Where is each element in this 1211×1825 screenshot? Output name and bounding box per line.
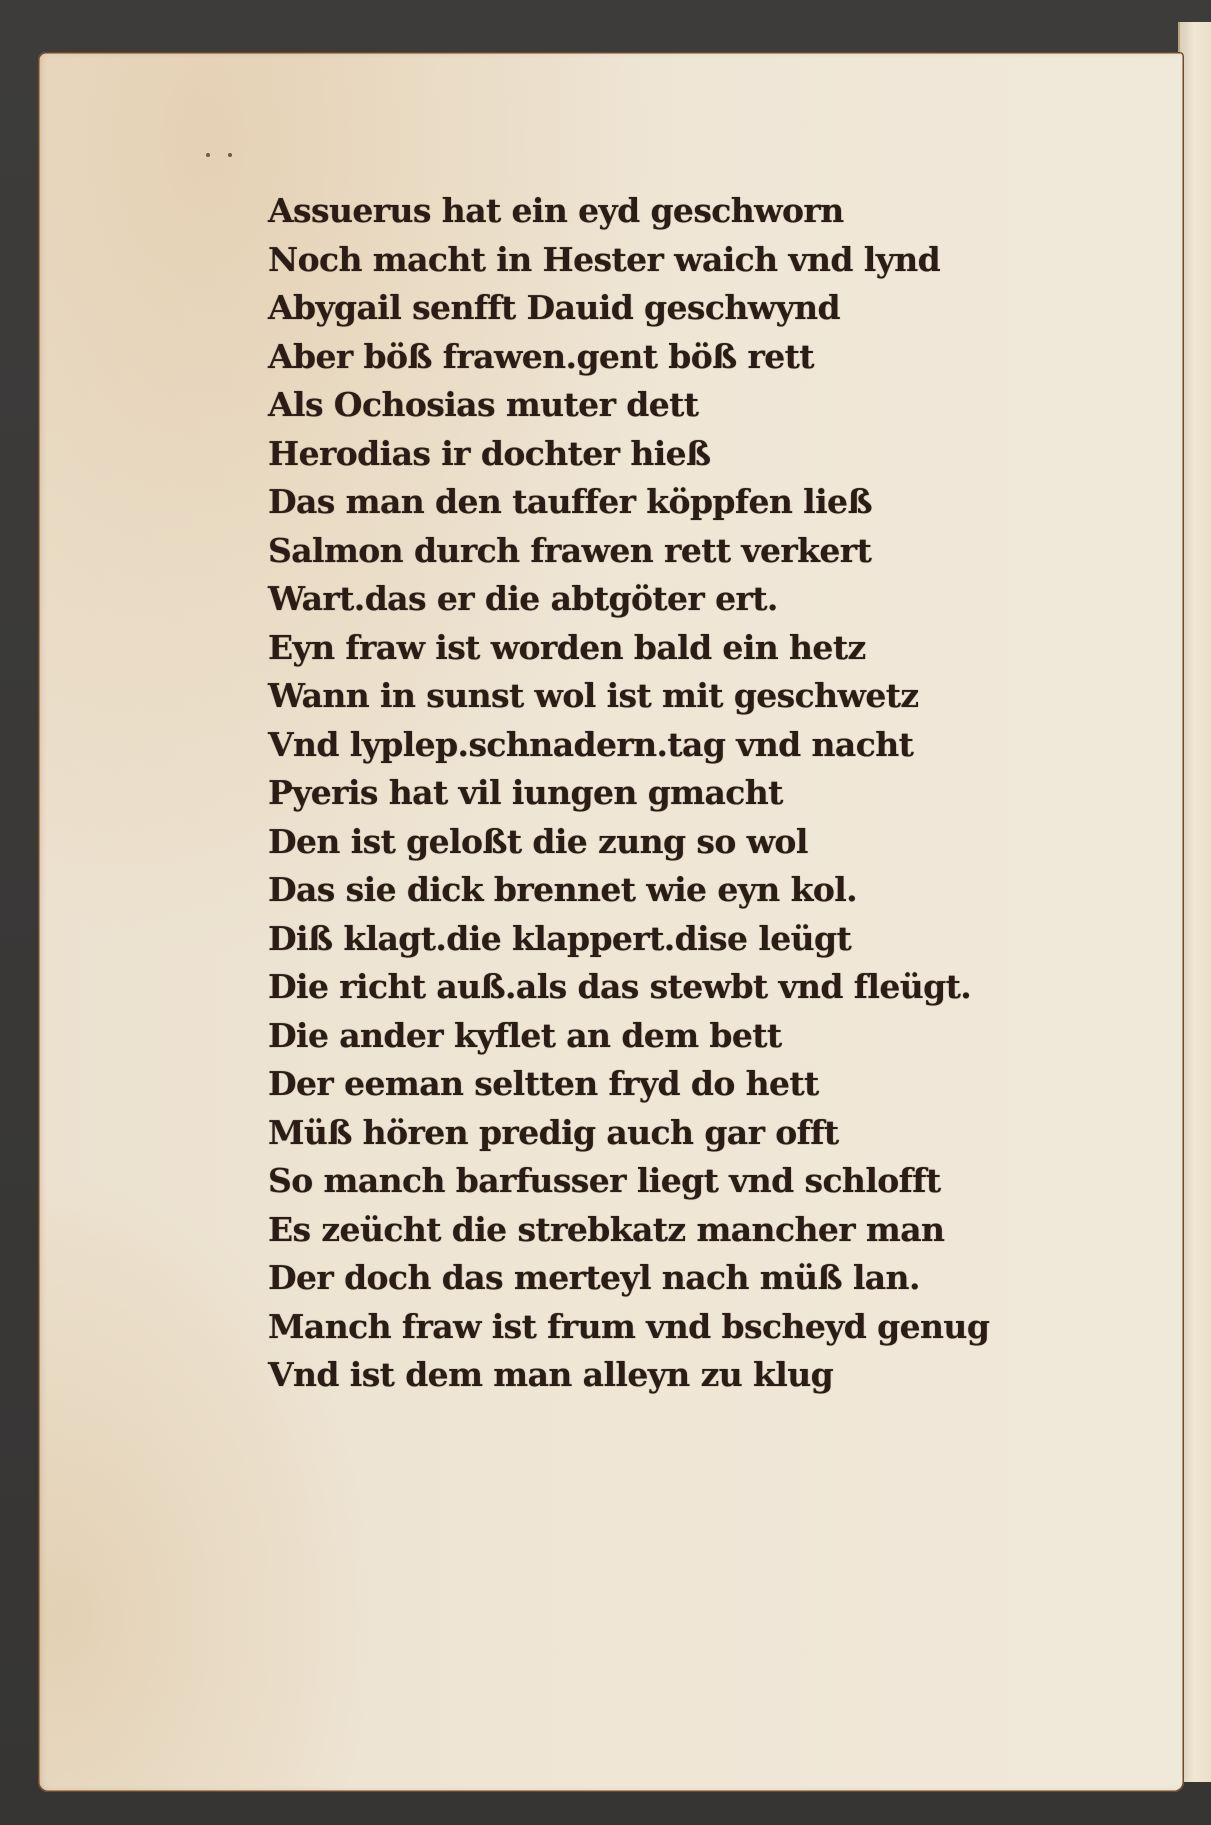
verse-line: Vnd lyplep.schnadern.tag vnd nacht	[268, 721, 1148, 770]
verse-line: Als Ochosias muter dett	[268, 381, 1148, 430]
verse-line: Der doch das merteyl nach müß lan.	[268, 1254, 1148, 1303]
verse-line: Den ist geloßt die zung so wol	[268, 818, 1148, 867]
verse-line: Herodias ir dochter hieß	[268, 430, 1148, 479]
verse-line: Der eeman seltten fryd do hett	[268, 1060, 1148, 1109]
ink-speck	[206, 153, 210, 157]
verse-line: So manch barfusser liegt vnd schlofft	[268, 1157, 1148, 1206]
verse-line: Noch macht in Hester waich vnd lynd	[268, 236, 1148, 285]
verse-line: Salmon durch frawen rett verkert	[268, 527, 1148, 576]
verse-line: Vnd ist dem man alleyn zu klug	[268, 1351, 1148, 1400]
verse-line: Assuerus hat ein eyd geschworn	[268, 187, 1148, 236]
verse-line: Abygail senfft Dauid geschwynd	[268, 284, 1148, 333]
ink-speck	[228, 153, 232, 157]
verse-line: Die richt auß.als das stewbt vnd fleügt.	[268, 963, 1148, 1012]
verse-line: Diß klagt.die klappert.dise leügt	[268, 915, 1148, 964]
verse-line: Pyeris hat vil iungen gmacht	[268, 769, 1148, 818]
verse-text-block: Assuerus hat ein eyd geschworn Noch mach…	[268, 187, 1148, 1400]
verse-line: Manch fraw ist frum vnd bscheyd genug	[268, 1303, 1148, 1352]
verse-line: Wann in sunst wol ist mit geschwetz	[268, 672, 1148, 721]
verse-line: Aber böß frawen.gent böß rett	[268, 333, 1148, 382]
verse-line: Es zeücht die strebkatz mancher man	[268, 1206, 1148, 1255]
verse-line: Müß hören predig auch gar offt	[268, 1109, 1148, 1158]
verse-line: Das man den tauffer köppfen ließ	[268, 478, 1148, 527]
verse-line: Eyn fraw ist worden bald ein hetz	[268, 624, 1148, 673]
book-page: Assuerus hat ein eyd geschworn Noch mach…	[38, 52, 1184, 1792]
verse-line: Wart.das er die abtgöter ert.	[268, 575, 1148, 624]
verse-line: Das sie dick brennet wie eyn kol.	[268, 866, 1148, 915]
verse-line: Die ander kyflet an dem bett	[268, 1012, 1148, 1061]
